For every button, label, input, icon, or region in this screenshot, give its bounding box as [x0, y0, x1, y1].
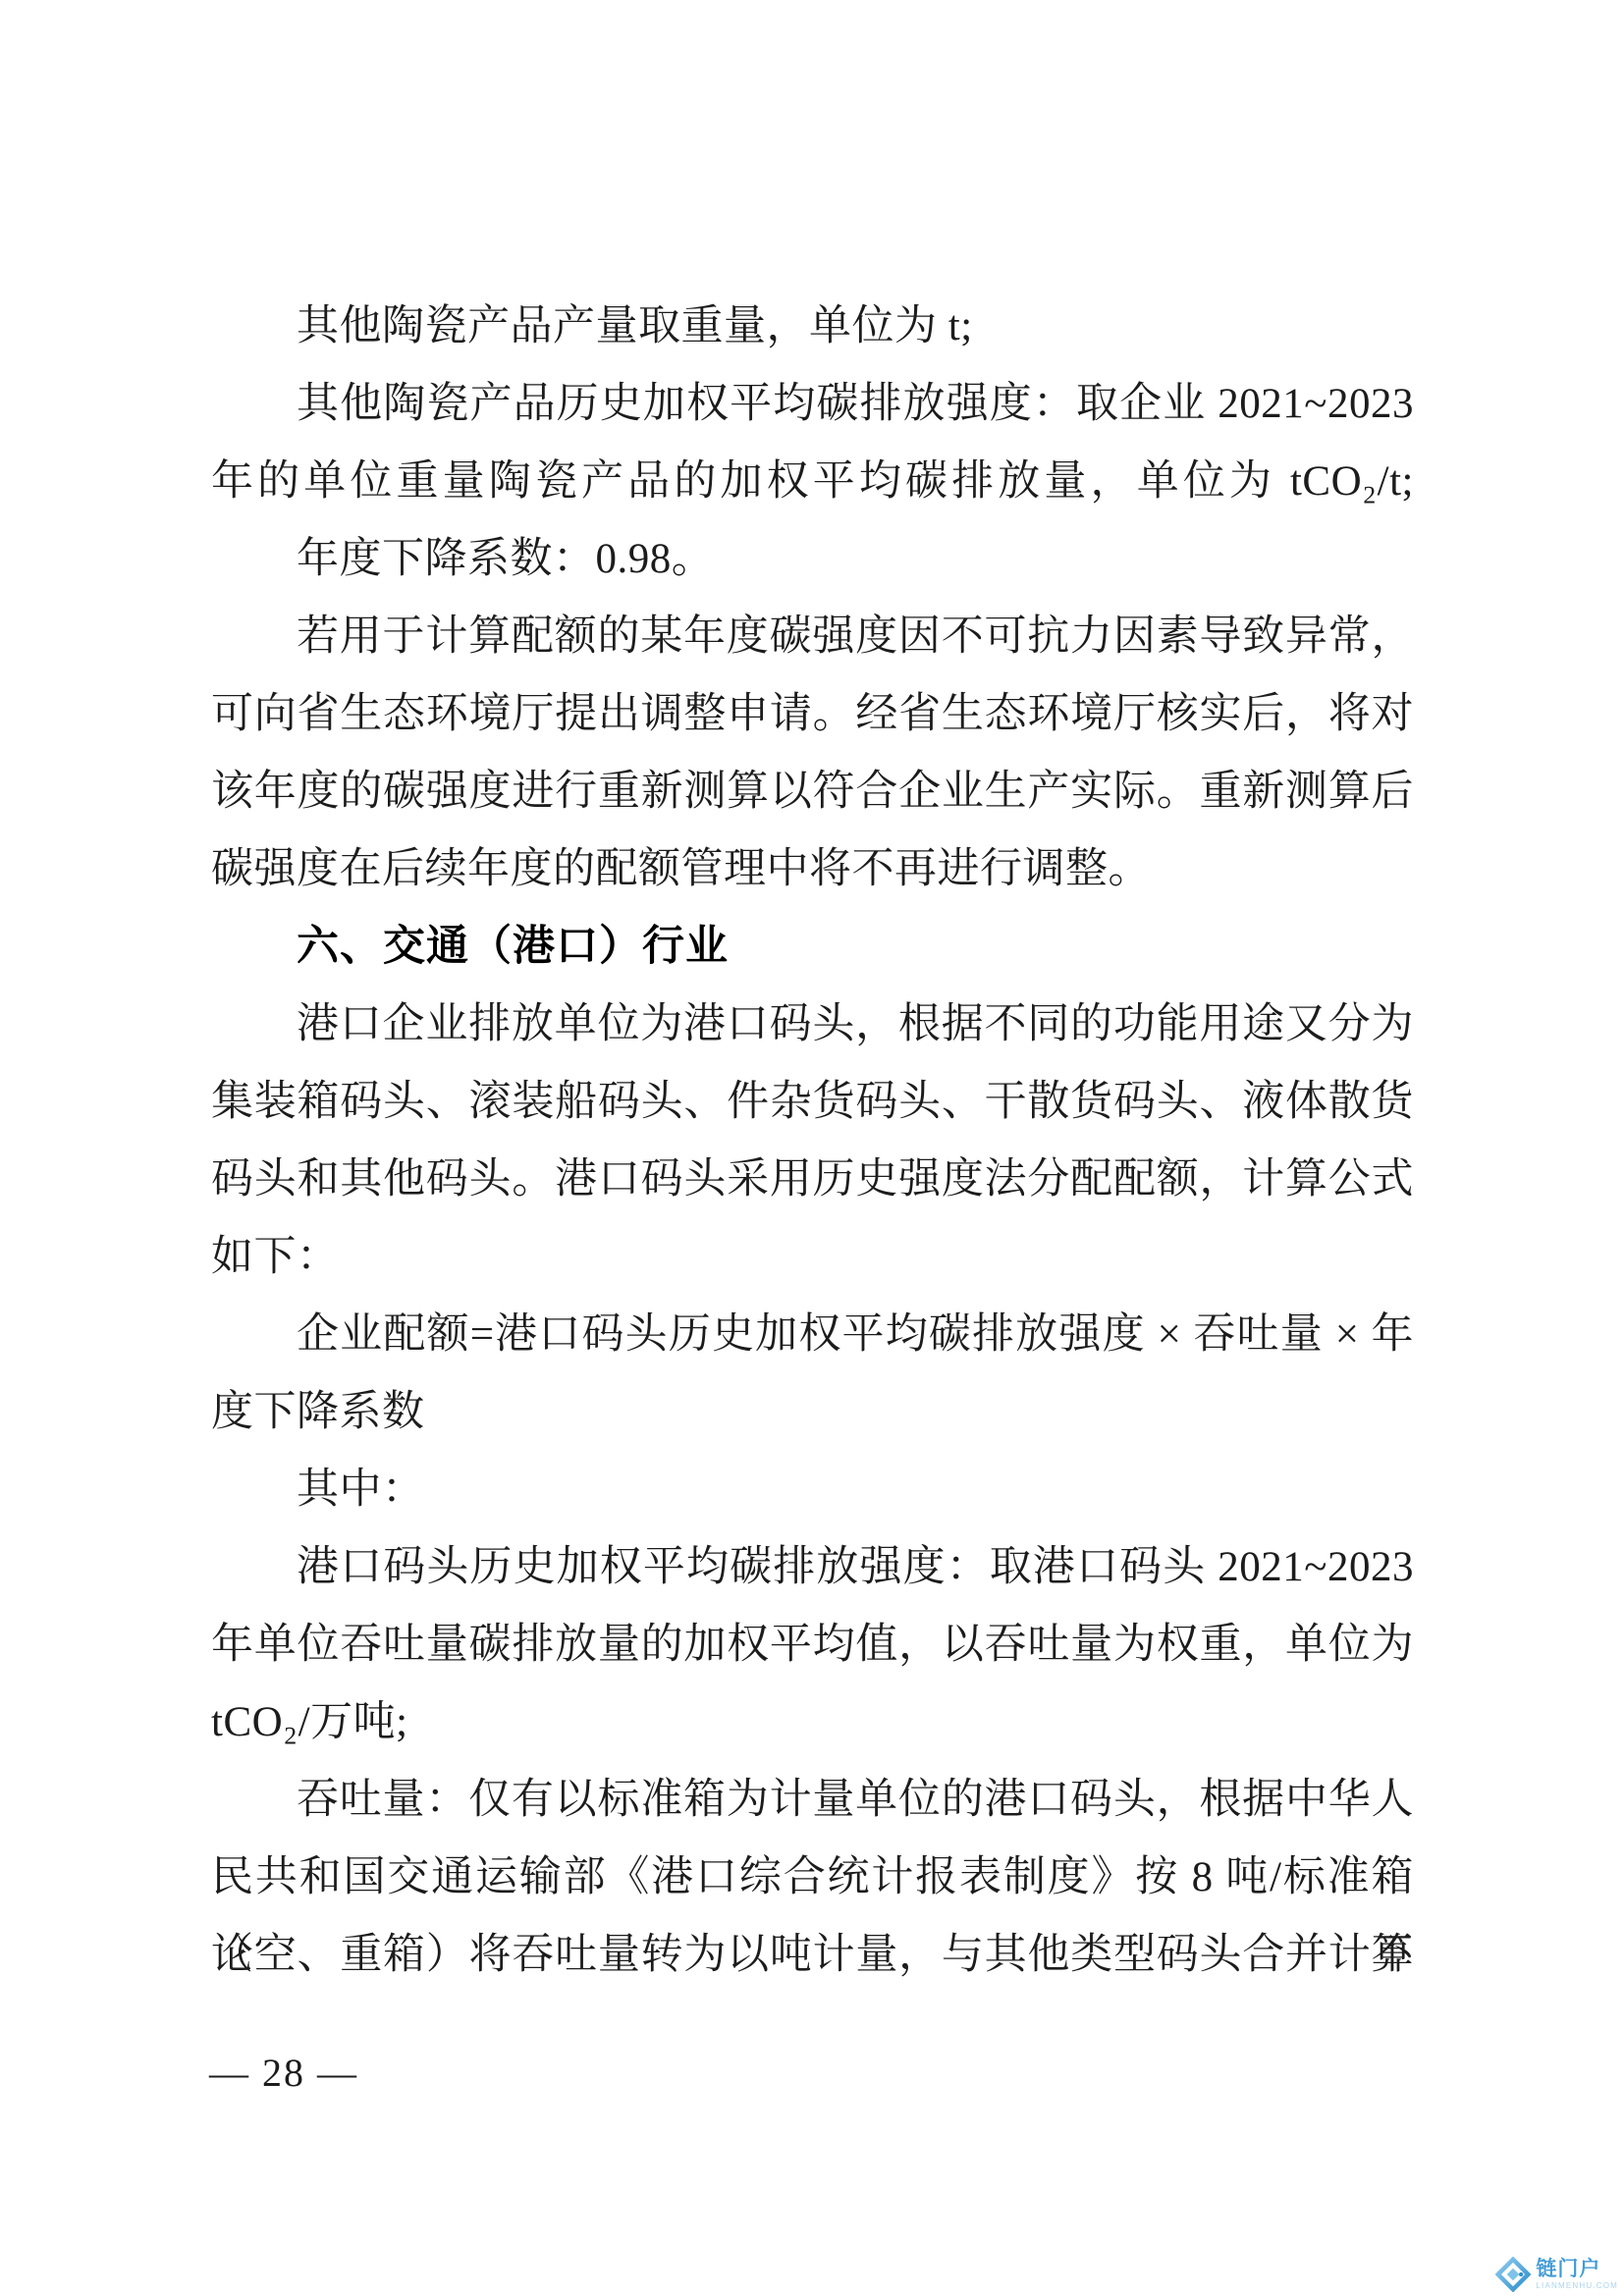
text-line: 码头和其他码头。港口码头采用历史强度法分配配额，计算公式: [211, 1141, 1414, 1218]
text-line: 如下：: [211, 1218, 1414, 1296]
logo-text: 链门户 LIANMENHU.COM: [1536, 2259, 1618, 2290]
text-line: 吞吐量：仅有以标准箱为计量单位的港口码头，根据中华人: [211, 1761, 1414, 1839]
text-line: 该年度的碳强度进行重新测算以符合企业生产实际。重新测算后: [211, 753, 1414, 830]
text-line: 集装箱码头、滚装船码头、件杂货码头、干散货码头、液体散货: [211, 1063, 1414, 1141]
lianmenhu-logo-watermark: 链门户 LIANMENHU.COM: [1495, 2257, 1618, 2292]
page-number: — 28 —: [209, 2050, 358, 2097]
text-line: 其中：: [211, 1451, 1414, 1528]
logo-title: 链门户: [1536, 2259, 1600, 2279]
formula-line: 企业配额=港口码头历史加权平均碳排放强度 × 吞吐量 × 年: [211, 1296, 1414, 1373]
text-line: tCO₂/万吨;: [211, 1683, 1414, 1761]
document-page: 其他陶瓷产品产量取重量，单位为 t; 其他陶瓷产品历史加权平均碳排放强度：取企业…: [0, 0, 1624, 2296]
text-line: 论空、重箱）将吞吐量转为以吨计量，与其他类型码头合并计算: [211, 1916, 1414, 1994]
text-line: 年单位吞吐量碳排放量的加权平均值，以吞吐量为权重，单位为: [211, 1606, 1414, 1683]
text-line: 其他陶瓷产品历史加权平均碳排放强度：取企业 2021~2023: [211, 365, 1414, 443]
text-line: 年度下降系数：0.98。: [211, 520, 1414, 598]
document-body: 其他陶瓷产品产量取重量，单位为 t; 其他陶瓷产品历史加权平均碳排放强度：取企业…: [211, 288, 1414, 1994]
text-line: 港口码头历史加权平均碳排放强度：取港口码头 2021~2023: [211, 1528, 1414, 1606]
text-line: 若用于计算配额的某年度碳强度因不可抗力因素导致异常，: [211, 598, 1414, 675]
text-line: 港口企业排放单位为港口码头，根据不同的功能用途又分为: [211, 986, 1414, 1063]
text-line: 民共和国交通运输部《港口综合统计报表制度》按 8 吨/标准箱（不: [211, 1839, 1414, 1916]
text-line: 其他陶瓷产品产量取重量，单位为 t;: [211, 288, 1414, 365]
text-line: 年的单位重量陶瓷产品的加权平均碳排放量，单位为 tCO₂/t;: [211, 443, 1414, 520]
section-heading: 六、交通（港口）行业: [211, 908, 1414, 986]
formula-line: 度下降系数: [211, 1373, 1414, 1451]
diamond-logo-icon: [1495, 2257, 1531, 2292]
text-line: 碳强度在后续年度的配额管理中将不再进行调整。: [211, 830, 1414, 908]
logo-subtitle: LIANMENHU.COM: [1536, 2282, 1618, 2290]
text-line: 可向省生态环境厅提出调整申请。经省生态环境厅核实后，将对: [211, 675, 1414, 753]
